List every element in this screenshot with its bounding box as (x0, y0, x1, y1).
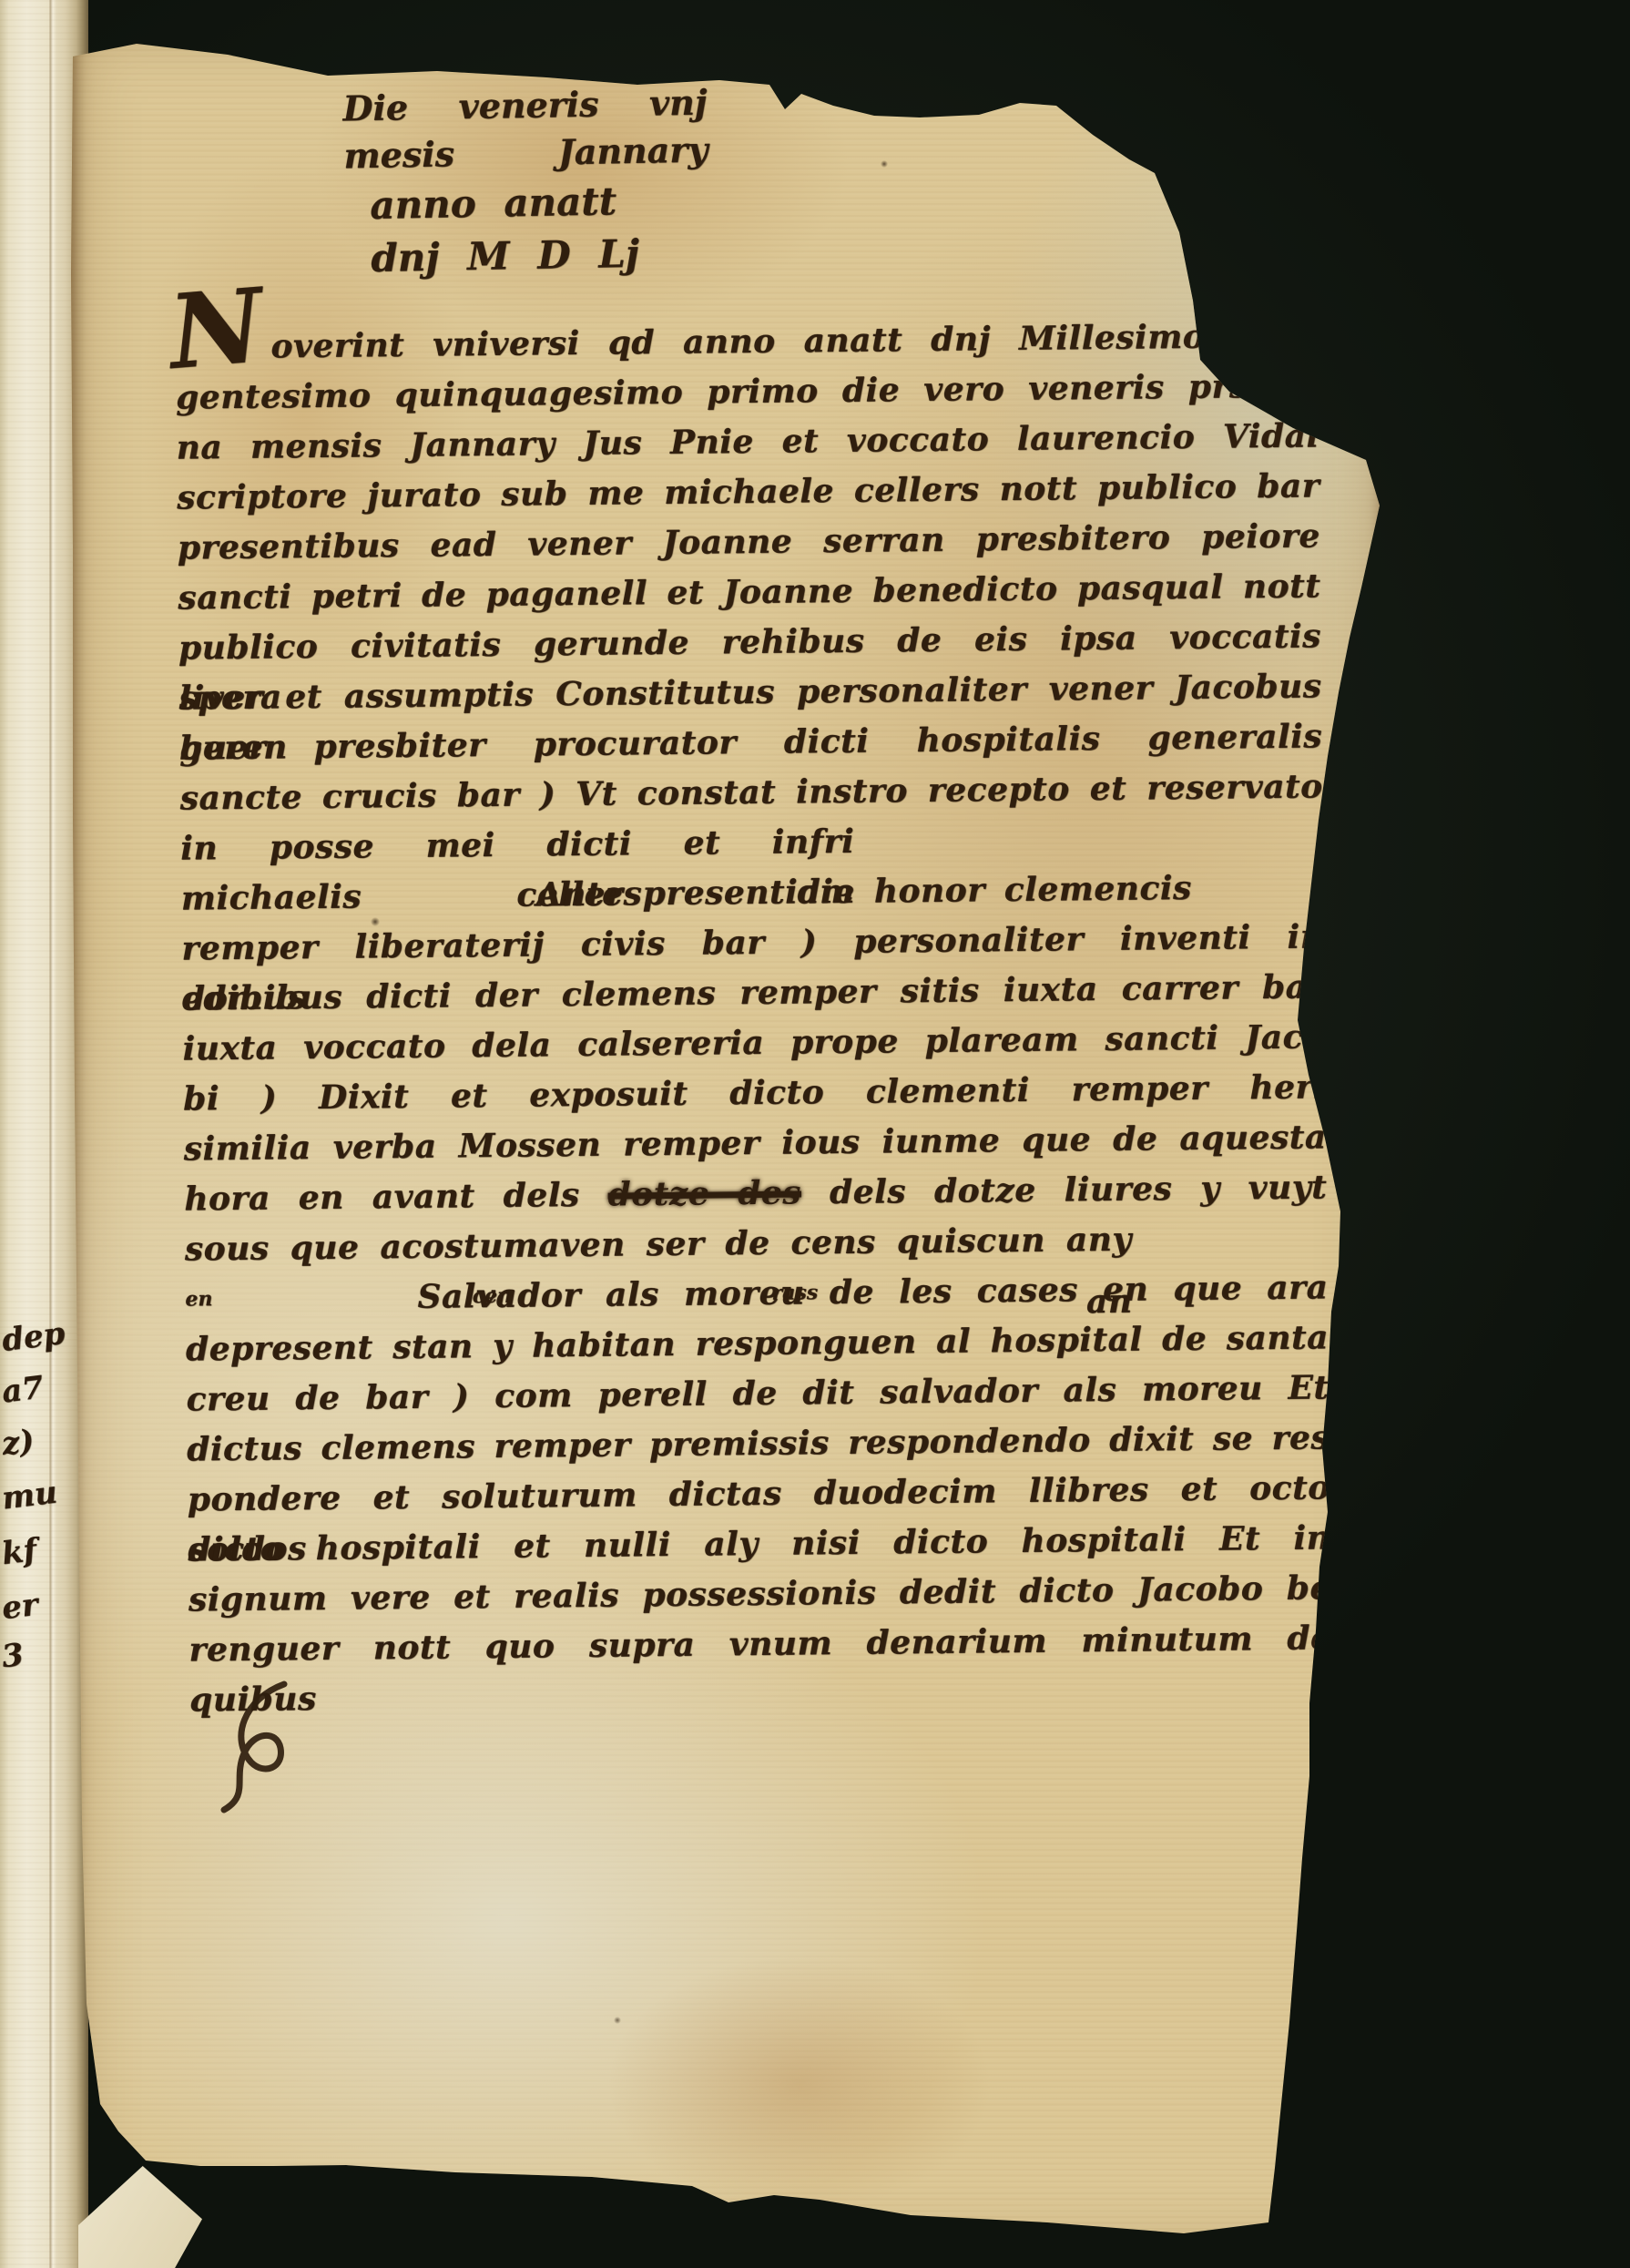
body-text: N overint vniversi qd anno anatt dnj Mil… (175, 311, 1331, 1675)
manuscript-photo: { "photo": { "background_color": "#151b1… (0, 0, 1630, 2268)
margin-text-fragment: z) (0, 1423, 36, 1463)
margin-text-fragment: er (0, 1587, 40, 1628)
line-text: dels dotze liures y vuyt (801, 1168, 1328, 1211)
under-page-corner (78, 2166, 202, 2268)
heading: Die veneris vnj mesis Jannary anno anatt… (342, 79, 710, 286)
photo-background: dep a7 z) mu kf er 3 Die veneris vnj mes… (0, 0, 1630, 2268)
heading-date-line: Die veneris vnj mesis Jannary (342, 79, 708, 180)
manuscript-line-with-strikethrough: hora en avant dels dotze des dels dotze … (184, 1162, 1328, 1224)
line-text: hora en avant dels (184, 1176, 608, 1219)
initial-capital-N: N (166, 275, 268, 384)
margin-text-fragment: kf (0, 1532, 38, 1572)
notary-paraph-flourish (208, 1679, 326, 1815)
line-text: sous que acostumaven ser de cens quiscun… (185, 1221, 1132, 1269)
margin-text-fragment: dep (0, 1315, 66, 1359)
manuscript-line: in posse mei dicti et infri michaelis ce… (180, 817, 855, 874)
manuscript-line: Ante presentiam honor clemencis (536, 863, 1193, 921)
paper-surface: Die veneris vnj mesis Jannary anno anatt… (71, 26, 1384, 2259)
struck-word: dotze des (607, 1173, 801, 1213)
manuscript-line: sancte crucis bar ) Vt constat instro re… (179, 761, 1323, 823)
margin-text-fragment: a7 (0, 1369, 46, 1410)
manuscript-line: renguer nott quo supra vnum denarium min… (188, 1613, 1332, 1675)
manuscript-page: Die veneris vnj mesis Jannary anno anatt… (71, 26, 1384, 2259)
heading-year-line: anno anatt dnj M D Lj (344, 174, 710, 286)
margin-text-fragment: mu (0, 1474, 59, 1517)
margin-text-fragment: 3 (0, 1637, 25, 1676)
